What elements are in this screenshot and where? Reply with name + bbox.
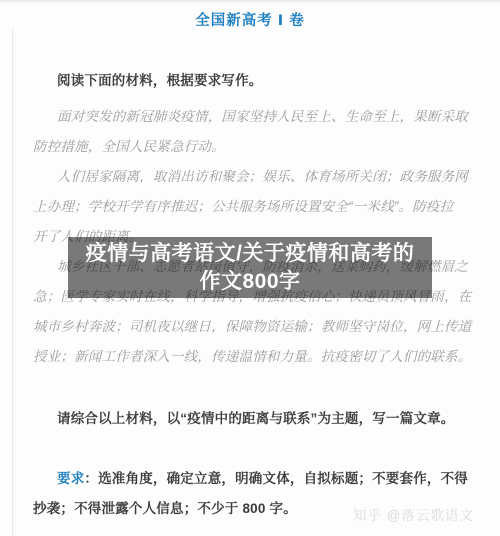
watermark: 知乎 @落云歌语文 [353, 504, 474, 524]
prompt-line: 请综合以上材料，以“疫情中的距离与联系”为主题，写一篇文章。 [33, 404, 473, 434]
material-text-line: 人们居家隔离，取消出访和聚会；娱乐、体育场所关闭；政务服务网 [33, 162, 473, 192]
requirements-text: ：选准角度，确定立意，明确文体，自拟标题；不要套作，不得 [84, 471, 468, 486]
material-text-line: 面对突发的新冠肺炎疫情，国家坚持人民至上、生命至上，果断采取 [33, 102, 473, 132]
material-text-line: 城市乡村奔波；司机夜以继日，保障物资运输；教师坚守岗位，网上传道 [33, 312, 473, 342]
caption-overlay: 疫情与高考语文/关于疫情和高考的 作文800字 [68, 237, 432, 298]
material-text-line: 上办理；学校开学有序推迟；公共服务场所设置安全“一米线”。防疫拉 [33, 192, 473, 222]
intro-line: 阅读下面的材料，根据要求写作。 [33, 66, 473, 96]
top-edge-divider [0, 0, 500, 2]
material-text-line: 防控措施，全国人民紧急行动。 [33, 132, 473, 162]
exam-article-page: 全国新高考 Ⅰ 卷 阅读下面的材料，根据要求写作。 面对突发的新冠肺炎疫情，国家… [0, 0, 500, 536]
page-title: 全国新高考 Ⅰ 卷 [0, 9, 500, 30]
material-paragraph-1: 面对突发的新冠肺炎疫情，国家坚持人民至上、生命至上，果断采取 防控措施，全国人民… [33, 102, 473, 162]
caption-title-line-2: 作文800字 [68, 268, 432, 296]
material-text-line: 授业；新闻工作者深入一线，传递温情和力量。抗疫密切了人们的联系。 [33, 342, 473, 372]
caption-title-line-1: 疫情与高考语文/关于疫情和高考的 [68, 240, 432, 268]
requirements-line-1: 要求：选准角度，确定立意，明确文体，自拟标题；不要套作，不得 [33, 464, 473, 494]
left-vertical-rule [12, 28, 13, 536]
requirements-label: 要求 [57, 471, 84, 486]
